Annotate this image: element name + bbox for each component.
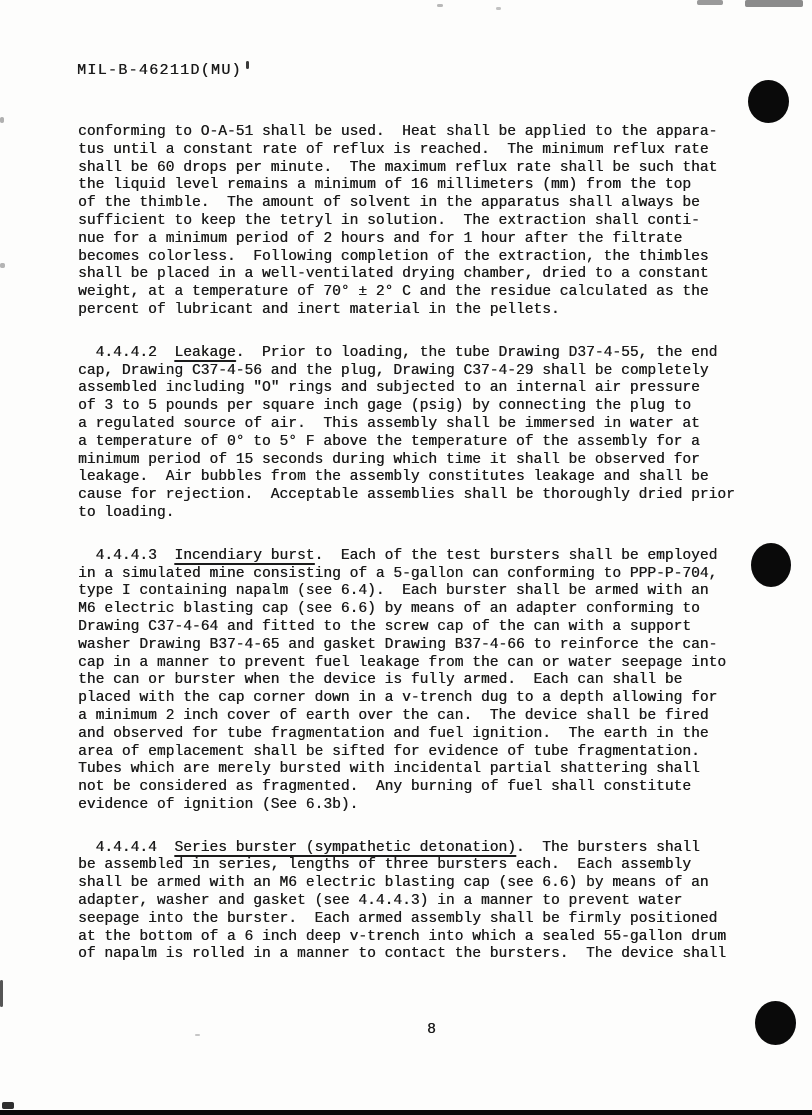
- text-line: sufficient to keep the tetryl in solutio…: [78, 213, 768, 231]
- text-line: weight, at a temperature of 70° ± 2° C a…: [78, 284, 768, 302]
- scan-speck: [745, 0, 803, 7]
- page-number: 8: [427, 1022, 436, 1038]
- text-line: Drawing C37-4-64 and fitted to the screw…: [78, 619, 768, 637]
- paragraph: 4.4.4.4 Series burster (sympathetic deto…: [78, 840, 768, 965]
- text-line: Tubes which are merely bursted with inci…: [78, 761, 768, 779]
- scan-speck: [195, 1034, 200, 1036]
- section-title: Leakage: [174, 345, 235, 361]
- text-line: shall be 60 drops per minute. The maximu…: [78, 160, 768, 178]
- section-heading-line: 4.4.4.4 Series burster (sympathetic deto…: [78, 840, 768, 858]
- section-heading-line: 4.4.4.3 Incendiary burst. Each of the te…: [78, 548, 768, 566]
- text-line: cap in a manner to prevent fuel leakage …: [78, 655, 768, 673]
- scan-speck: [0, 263, 5, 268]
- text-line: evidence of ignition (See 6.3b).: [78, 797, 768, 815]
- text-line: at the bottom of a 6 inch deep v-trench …: [78, 929, 768, 947]
- text-line: a temperature of 0° to 5° F above the te…: [78, 434, 768, 452]
- text-line: a minimum 2 inch cover of earth over the…: [78, 708, 768, 726]
- section-number: 4.4.4.3: [96, 548, 157, 564]
- document-id-header: MIL-B-46211D(MU): [77, 62, 242, 79]
- text-line: to loading.: [78, 505, 768, 523]
- text-line: washer Drawing B37-4-65 and gasket Drawi…: [78, 637, 768, 655]
- text-line: cause for rejection. Acceptable assembli…: [78, 487, 768, 505]
- section-heading-line: 4.4.4.2 Leakage. Prior to loading, the t…: [78, 345, 768, 363]
- text-line: seepage into the burster. Each armed ass…: [78, 911, 768, 929]
- scan-speck: [0, 980, 3, 1007]
- text-line: be assembled in series, lengths of three…: [78, 857, 768, 875]
- text-line: not be considered as fragmented. Any bur…: [78, 779, 768, 797]
- text-line: minimum period of 15 seconds during whic…: [78, 452, 768, 470]
- text-line: shall be placed in a well-ventilated dry…: [78, 266, 768, 284]
- scan-bottom-edge: [0, 1110, 812, 1115]
- text-column: conforming to O-A-51 shall be used. Heat…: [78, 124, 768, 989]
- text-line: the liquid level remains a minimum of 16…: [78, 177, 768, 195]
- registration-dot-bottom: [755, 1001, 796, 1045]
- text-line: of napalm is rolled in a manner to conta…: [78, 946, 768, 964]
- paragraph: 4.4.4.3 Incendiary burst. Each of the te…: [78, 548, 768, 815]
- paragraph: conforming to O-A-51 shall be used. Heat…: [78, 124, 768, 320]
- scanned-document-page: MIL-B-46211D(MU) conforming to O-A-51 sh…: [0, 0, 812, 1115]
- scan-speck: [496, 7, 501, 10]
- text-line: the can or burster when the device is fu…: [78, 672, 768, 690]
- text-line: in a simulated mine consisting of a 5-ga…: [78, 566, 768, 584]
- text-line: and observed for tube fragmentation and …: [78, 726, 768, 744]
- scan-speck: [697, 0, 723, 5]
- text-line: of 3 to 5 pounds per square inch gage (p…: [78, 398, 768, 416]
- paragraph: 4.4.4.2 Leakage. Prior to loading, the t…: [78, 345, 768, 523]
- text-line: becomes colorless. Following completion …: [78, 249, 768, 267]
- text-line: placed with the cap corner down in a v-t…: [78, 690, 768, 708]
- text-line: adapter, washer and gasket (see 4.4.4.3)…: [78, 893, 768, 911]
- scan-speck: [437, 4, 443, 7]
- section-number: 4.4.4.4: [96, 840, 157, 856]
- scan-speck: [2, 1102, 14, 1109]
- text-line: tus until a constant rate of reflux is r…: [78, 142, 768, 160]
- section-title: Incendiary burst: [174, 548, 314, 564]
- text-line: cap, Drawing C37-4-56 and the plug, Draw…: [78, 363, 768, 381]
- scan-speck: [246, 61, 249, 69]
- text-line: M6 electric blasting cap (see 6.6) by me…: [78, 601, 768, 619]
- scan-speck: [0, 117, 4, 123]
- text-line: assembled including "O" rings and subjec…: [78, 380, 768, 398]
- text-line: nue for a minimum period of 2 hours and …: [78, 231, 768, 249]
- registration-dot-top: [748, 80, 789, 123]
- text-line: of the thimble. The amount of solvent in…: [78, 195, 768, 213]
- text-line: area of emplacement shall be sifted for …: [78, 744, 768, 762]
- text-line: type I containing napalm (see 6.4). Each…: [78, 583, 768, 601]
- section-number: 4.4.4.2: [96, 345, 157, 361]
- text-line: shall be armed with an M6 electric blast…: [78, 875, 768, 893]
- section-title: Series burster (sympathetic detonation): [174, 840, 516, 856]
- text-line: a regulated source of air. This assembly…: [78, 416, 768, 434]
- text-line: leakage. Air bubbles from the assembly c…: [78, 469, 768, 487]
- text-line: conforming to O-A-51 shall be used. Heat…: [78, 124, 768, 142]
- text-line: percent of lubricant and inert material …: [78, 302, 768, 320]
